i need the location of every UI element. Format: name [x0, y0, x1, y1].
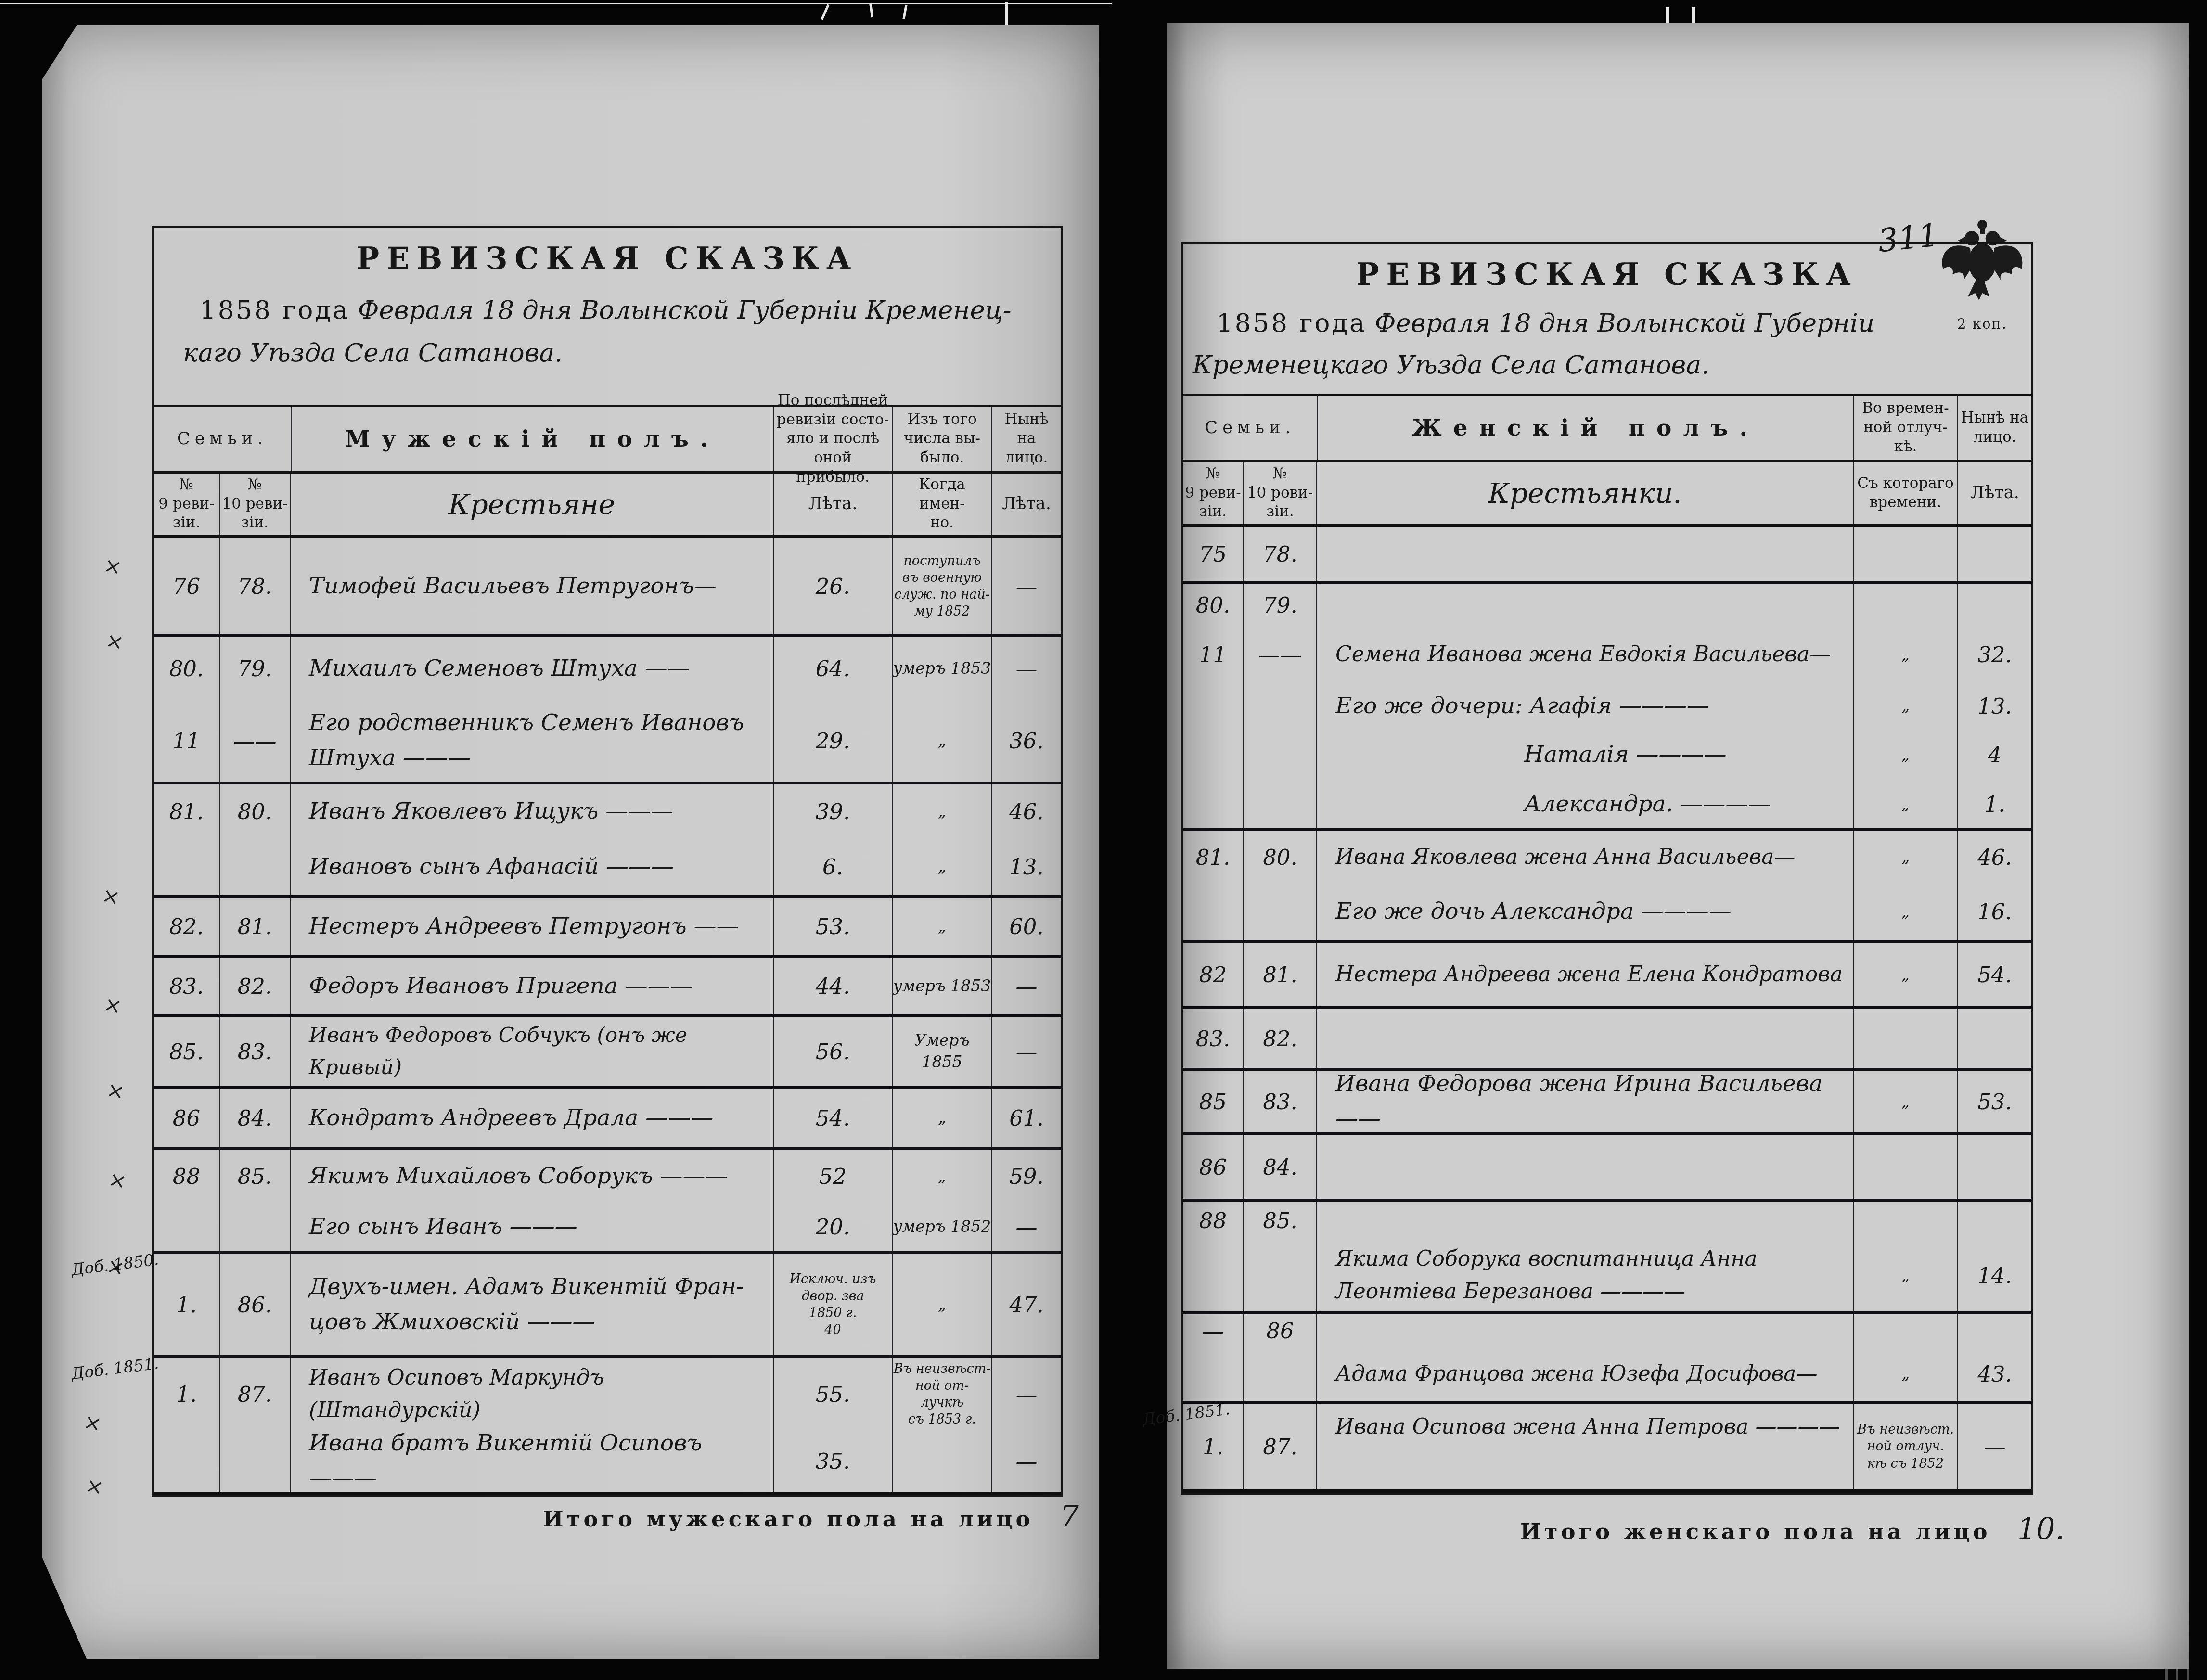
cell-age-now: — [992, 637, 1061, 700]
cell-age-now [1958, 1314, 2031, 1347]
cell-age-now: — [992, 538, 1061, 634]
margin-cross-icon: × [104, 1077, 127, 1105]
cell-rev9: 88 [1183, 1202, 1244, 1239]
cell-name: Ивана Яковлева жена Анна Васильева— [1317, 831, 1854, 883]
cell-age-now: 14. [1958, 1239, 2031, 1311]
total-label: Итого мужескаго пола на лицо [543, 1506, 1034, 1532]
census-row: 11 —— Семена Иванова жена Евдокія Василь… [1183, 626, 2031, 683]
right-page: 311 2 коп. РЕВИЗСКАЯ СКАЗКА 1858 год [1167, 23, 2189, 1669]
cell-rev9 [1183, 683, 1244, 729]
cell-name: Наталія ———— [1317, 729, 1854, 780]
header-place: Февраля 18 дня Волынской Губерніи Кремен… [358, 295, 1012, 325]
cell-since: „ [1854, 1347, 1958, 1401]
cell-age-now: 4 [1958, 729, 2031, 780]
census-row: Доб. 1851. 1. 87. Иванъ Осиповъ Маркундъ… [154, 1358, 1061, 1430]
census-row: 82 81. Нестера Андреева жена Елена Кондр… [1183, 943, 2031, 1009]
cell-age-last: 20. [774, 1202, 893, 1251]
census-row: Александра. ———— „ 1. [1183, 780, 2031, 831]
cell-age-last: Исключ. изъ двор. зва 1850 г. 40 [774, 1254, 893, 1355]
torn-corner [42, 25, 77, 79]
cell-rev10: 79. [1244, 584, 1317, 626]
col-leta2: Лѣта. [992, 474, 1061, 535]
cell-rev9 [1183, 883, 1244, 940]
page-total: Итого мужескаго пола на лицо 7 [543, 1499, 1079, 1534]
cell-since: „ [1854, 626, 1958, 683]
cell-rev9: 86 [154, 1089, 220, 1147]
cell-age-last: 53. [774, 898, 893, 955]
census-row: Доб. 1850. 1. 86. Двухъ-имен. Адамъ Вике… [154, 1254, 1061, 1358]
census-row: 86 84. Кондратъ Андреевъ Драла ——— 54. „… [154, 1089, 1061, 1150]
col-since: Съ котораго времени. [1854, 462, 1958, 524]
cell-when [893, 1430, 992, 1492]
cell-rev9: 81. [1183, 831, 1244, 883]
cell-age-last: 56. [774, 1017, 893, 1086]
total-value: 10. [2017, 1511, 2065, 1546]
cell-name [1317, 1135, 1854, 1199]
cell-name: Его же дочь Александра ———— [1317, 883, 1854, 940]
census-row: 81. 80. Иванъ Яковлевъ Ищукъ ——— 39. „ 4… [154, 784, 1061, 838]
cell-name: Кондратъ Андреевъ Драла ——— [291, 1089, 774, 1147]
col-peasants: Крестьяне [291, 474, 774, 535]
cell-rev10 [1244, 1239, 1317, 1311]
col-rev9: № 9 реви- зіи. [154, 474, 220, 535]
cell-rev9-value: 1. [1203, 1434, 1223, 1460]
cell-since: „ [1854, 1071, 1958, 1132]
cell-name: Нестера Андреева жена Елена Кондратова [1317, 943, 1854, 1006]
header-date-line: 1858 года Февраля 18 дня Волынской Губер… [200, 295, 1061, 325]
cell-since: „ [1854, 943, 1958, 1006]
census-row: Ивановъ сынъ Афанасій ——— 6. „ 13. [154, 838, 1061, 898]
census-row: Его же дочь Александра ———— „ 16. [1183, 883, 2031, 943]
header-place-line2: Кременецкаго Уѣзда Села Сатанова. [1193, 350, 2031, 380]
col-male-sex: Мужескій полъ. [292, 407, 774, 471]
page-total: Итого женскаго пола на лицо 10. [1520, 1511, 2065, 1546]
col-absent: Во времен- ной отлуч- кѣ. [1854, 396, 1958, 460]
cell-name: Федоръ Ивановъ Пригепа ——— [291, 958, 774, 1014]
cell-name: Ивана братъ Викентій Осиповъ ——— [291, 1430, 774, 1492]
cell-rev9: 85 [1183, 1071, 1244, 1132]
header-date: 1858 года [200, 295, 350, 325]
census-row: 81. 80. Ивана Яковлева жена Анна Василье… [1183, 831, 2031, 883]
cell-age-now: — [992, 1358, 1061, 1430]
cell-name: Нестеръ Андреевъ Петругонъ —— [291, 898, 774, 955]
col-departed: Изъ того числа вы- было. [893, 407, 992, 471]
cell-rev9: 80. [1183, 584, 1244, 626]
cell-age-now [1958, 527, 2031, 581]
cell-since: „ [1854, 831, 1958, 883]
cell-since [1854, 527, 1958, 581]
cell-rev10: 84. [1244, 1135, 1317, 1199]
printed-form-frame: РЕВИЗСКАЯ СКАЗКА 1858 года Февраля 18 дн… [1181, 242, 2033, 1495]
cell-rev9: 81. [154, 784, 220, 838]
total-value: 7 [1060, 1499, 1079, 1534]
cell-rev10: 81. [220, 898, 291, 955]
page-title: РЕВИЗСКАЯ СКАЗКА [154, 228, 1061, 276]
cell-rev10 [1244, 780, 1317, 828]
cell-age-last: 6. [774, 838, 893, 895]
cell-rev9: 11 [154, 700, 220, 782]
cell-rev10: 79. [220, 637, 291, 700]
header-place-line2: каго Уѣзда Села Сатанова. [183, 338, 1061, 368]
cell-since [1854, 1009, 1958, 1068]
census-row: Наталія ———— „ 4 [1183, 729, 2031, 780]
cell-rev10: 78. [220, 538, 291, 634]
cell-rev9: — [1183, 1314, 1244, 1347]
cell-rev9: 85. [154, 1017, 220, 1086]
cell-name: Александра. ———— [1317, 780, 1854, 828]
cell-when: Умеръ 1855 [893, 1017, 992, 1086]
cell-age-last: 26. [774, 538, 893, 634]
cell-rev9: 11 [1183, 626, 1244, 683]
col-family: Семьи. [1183, 396, 1318, 460]
col-when: Когда имен- но. [893, 474, 992, 535]
cell-rev10: 84. [220, 1089, 291, 1147]
scan-top-hairline [0, 3, 1112, 4]
scan-artifact [902, 5, 907, 19]
header-place: Февраля 18 дня Волынской Губерніи [1375, 308, 1875, 338]
cell-rev9 [1183, 1347, 1244, 1401]
cell-rev10: 85. [220, 1150, 291, 1202]
cell-since: „ [1854, 780, 1958, 828]
cell-name: Семена Иванова жена Евдокія Васильева— [1317, 626, 1854, 683]
cell-name: Его же дочери: Агафія ———— [1317, 683, 1854, 729]
cell-name [1317, 584, 1854, 626]
cell-rev9-value: 1. [176, 1292, 197, 1318]
cell-rev9: Доб. 1850. 1. [154, 1254, 220, 1355]
cell-age-last: 64. [774, 637, 893, 700]
column-subheader-row: № 9 реви- зіи. № 10 реви- зіи. Крестьяне… [154, 474, 1061, 538]
cell-when: „ [893, 784, 992, 838]
census-row: 88 85. [1183, 1202, 2031, 1239]
cell-age-now: — [992, 958, 1061, 1014]
cell-rev10: —— [1244, 626, 1317, 683]
cell-since: Въ неизвѣст. ной отлуч. кѣ съ 1852 [1854, 1404, 1958, 1489]
cell-name: Иванъ Федоровъ Собчукъ (онъ же Кривый) [291, 1017, 774, 1086]
cell-age-now: — [992, 1202, 1061, 1251]
cell-when: умеръ 1853 [893, 958, 992, 1014]
cell-rev10: —— [220, 700, 291, 782]
cell-name: Ивана Федорова жена Ирина Васильева —— [1317, 1071, 1854, 1132]
scan-artifact [1005, 2, 1008, 27]
cell-rev9 [154, 1430, 220, 1492]
census-row: Доб. 1851. 1. 87. Ивана Осипова жена Анн… [1183, 1404, 2031, 1493]
col-now-present: Нынѣ на лицо. [1958, 396, 2031, 460]
cell-when: „ [893, 1150, 992, 1202]
margin-cross-icon: × [102, 553, 124, 581]
cell-when: „ [893, 838, 992, 895]
cell-age-now: 53. [1958, 1071, 2031, 1132]
cell-when: поступилъ въ военную служ. по най- му 18… [893, 538, 992, 634]
cell-rev9 [1183, 780, 1244, 828]
left-page: × × × × × × × × × РЕВИЗСКАЯ СКАЗКА 1858 … [42, 25, 1099, 1659]
cell-age-now: 43. [1958, 1347, 2031, 1401]
cell-rev10: 82. [220, 958, 291, 1014]
cell-age-now: 54. [1958, 943, 2031, 1006]
cell-name: Тимофей Васильевъ Петругонъ— [291, 538, 774, 634]
cell-rev10 [1244, 1347, 1317, 1401]
cell-since [1854, 1202, 1958, 1239]
cell-rev9 [1183, 1239, 1244, 1311]
cell-age-last: 44. [774, 958, 893, 1014]
census-row: — 86 [1183, 1314, 2031, 1347]
margin-cross-icon: × [106, 1167, 129, 1195]
col-family: Семьи. [154, 407, 292, 471]
margin-cross-icon: × [102, 992, 124, 1020]
cell-since [1854, 1135, 1958, 1199]
cell-rev10: 81. [1244, 943, 1317, 1006]
margin-cross-icon: × [103, 628, 126, 656]
cell-age-now [1958, 584, 2031, 626]
cell-since: „ [1854, 883, 1958, 940]
cell-rev9: 88 [154, 1150, 220, 1202]
cell-rev10 [1244, 883, 1317, 940]
cell-age-now: 13. [992, 838, 1061, 895]
margin-cross-icon: × [100, 883, 122, 911]
col-last-revision: По послѣдней ревизіи состо- яло и послѣ … [774, 407, 893, 471]
cell-rev9 [154, 838, 220, 895]
cell-when: „ [893, 1254, 992, 1355]
cell-name: Его родственникъ Семенъ Ивановъ Штуха ——… [291, 700, 774, 782]
cell-rev10 [1244, 683, 1317, 729]
census-row: 86 84. [1183, 1135, 2031, 1202]
margin-addition-note: Доб. 1851. [70, 1354, 160, 1383]
census-row: 85 83. Ивана Федорова жена Ирина Василье… [1183, 1071, 2031, 1135]
census-row: 85. 83. Иванъ Федоровъ Собчукъ (онъ же К… [154, 1017, 1061, 1089]
col-rev10: № 10 рови- зіи. [1244, 462, 1317, 524]
cell-age-now [1958, 1009, 2031, 1068]
form-header: РЕВИЗСКАЯ СКАЗКА 1858 года Февраля 18 дн… [154, 228, 1061, 405]
col-peasant-women: Крестьянки. [1317, 462, 1854, 524]
cell-rev10: 86 [1244, 1314, 1317, 1347]
scan-artifact [869, 3, 873, 17]
cell-rev10 [220, 1430, 291, 1492]
cell-when: „ [893, 1089, 992, 1147]
margin-addition-note: Доб. 1851. [1142, 1399, 1231, 1429]
cell-name: Иванъ Яковлевъ Ищукъ ——— [291, 784, 774, 838]
cell-age-now: 60. [992, 898, 1061, 955]
cell-rev9: 75 [1183, 527, 1244, 581]
cell-age-now: — [992, 1430, 1061, 1492]
cell-name: Ивана Осипова жена Анна Петрова ———— [1317, 1404, 1854, 1489]
census-row: 83. 82. Федоръ Ивановъ Пригепа ——— 44. у… [154, 958, 1061, 1017]
cell-age-now: 1. [1958, 780, 2031, 828]
cell-rev9: 83. [1183, 1009, 1244, 1068]
cell-rev10: 87. [1244, 1404, 1317, 1489]
census-row: Его же дочери: Агафія ———— „ 13. [1183, 683, 2031, 729]
census-row: 75 78. [1183, 527, 2031, 584]
cell-since: „ [1854, 683, 1958, 729]
cell-age-now: 61. [992, 1089, 1061, 1147]
printed-form-frame: РЕВИЗСКАЯ СКАЗКА 1858 года Февраля 18 дн… [152, 226, 1063, 1497]
cell-name: Якимъ Михайловъ Соборукъ ——— [291, 1150, 774, 1202]
census-row: 80. 79. [1183, 584, 2031, 626]
cell-when: „ [893, 700, 992, 782]
header-date: 1858 года [1217, 308, 1367, 338]
census-row: Якима Соборука воспитанница Анна Леонтіе… [1183, 1239, 2031, 1314]
scan-artifact [821, 4, 829, 20]
cell-rev9 [1183, 729, 1244, 780]
cell-name: Его сынъ Иванъ ——— [291, 1202, 774, 1251]
cell-since [1854, 1314, 1958, 1347]
cell-since: „ [1854, 729, 1958, 780]
cell-rev10: 83. [1244, 1071, 1317, 1132]
margin-cross-icon: × [83, 1473, 106, 1501]
census-row: 88 85. Якимъ Михайловъ Соборукъ ——— 52 „… [154, 1150, 1061, 1202]
cell-rev10: 85. [1244, 1202, 1317, 1239]
col-rev10: № 10 реви- зіи. [220, 474, 291, 535]
col-now-present: Нынѣ на лицо. [992, 407, 1061, 471]
cell-name: Михаилъ Семеновъ Штуха —— [291, 637, 774, 700]
census-row: 76 78. Тимофей Васильевъ Петругонъ— 26. … [154, 538, 1061, 637]
cell-rev9-value: 1. [176, 1382, 197, 1407]
cell-rev9: 82. [154, 898, 220, 955]
cell-age-now: 46. [1958, 831, 2031, 883]
cell-age-now: 32. [1958, 626, 2031, 683]
cell-name [1317, 1202, 1854, 1239]
cell-since: „ [1854, 1239, 1958, 1311]
header-date-line: 1858 года Февраля 18 дня Волынской Губер… [1217, 308, 2031, 338]
form-header: РЕВИЗСКАЯ СКАЗКА 1858 года Февраля 18 дн… [1183, 244, 2031, 394]
cell-when: умеръ 1853 [893, 637, 992, 700]
cell-age-last: 29. [774, 700, 893, 782]
cell-rev9: 80. [154, 637, 220, 700]
cell-age-last: 54. [774, 1089, 893, 1147]
cell-when: „ [893, 898, 992, 955]
cell-rev10: 80. [220, 784, 291, 838]
cell-name: Ивановъ сынъ Афанасій ——— [291, 838, 774, 895]
col-female-sex: Женскій полъ. [1318, 396, 1854, 460]
cell-when: умеръ 1852 [893, 1202, 992, 1251]
cell-age-now: 16. [1958, 883, 2031, 940]
census-row: Его сынъ Иванъ ——— 20. умеръ 1852 — [154, 1202, 1061, 1254]
cell-name: Иванъ Осиповъ Маркундъ (Штандурскій) [291, 1358, 774, 1430]
cell-name [1317, 527, 1854, 581]
cell-rev10: 80. [1244, 831, 1317, 883]
cell-age-last: 39. [774, 784, 893, 838]
column-subheader-row: № 9 реви- зіи. № 10 рови- зіи. Крестьянк… [1183, 462, 2031, 527]
cell-age-now [1958, 1202, 2031, 1239]
census-row: 80. 79. Михаилъ Семеновъ Штуха —— 64. ум… [154, 637, 1061, 700]
cell-age-last: 52 [774, 1150, 893, 1202]
cell-rev9: 83. [154, 958, 220, 1014]
cell-rev10 [220, 1202, 291, 1251]
cell-age-now: 47. [992, 1254, 1061, 1355]
col-rev9: № 9 реви- зіи. [1183, 462, 1244, 524]
cell-age-now: 13. [1958, 683, 2031, 729]
cell-rev10: 82. [1244, 1009, 1317, 1068]
cell-age-now: 36. [992, 700, 1061, 782]
census-row: 82. 81. Нестеръ Андреевъ Петругонъ —— 53… [154, 898, 1061, 958]
col-leta1: Лѣта. [774, 474, 893, 535]
cell-rev9: Доб. 1851. 1. [1183, 1404, 1244, 1489]
margin-cross-icon: × [81, 1410, 104, 1437]
cell-name: Якима Соборука воспитанница Анна Леонтіе… [1317, 1239, 1854, 1311]
cell-age-now [1958, 1135, 2031, 1199]
column-header-row: Семьи. Мужескій полъ. По послѣдней ревиз… [154, 405, 1061, 474]
col-leta: Лѣта. [1958, 462, 2031, 524]
cell-age-now: 59. [992, 1150, 1061, 1202]
column-header-row: Семьи. Женскій полъ. Во времен- ной отлу… [1183, 394, 2031, 462]
cell-age-last: 55. [774, 1358, 893, 1430]
cell-rev9: 82 [1183, 943, 1244, 1006]
cell-age-last: 35. [774, 1430, 893, 1492]
cell-rev10: 86. [220, 1254, 291, 1355]
cell-when: Въ неизвѣст- ной от- лучкѣ съ 1853 г. [893, 1358, 992, 1430]
cell-age-now: — [1958, 1404, 2031, 1489]
cell-age-now: 46. [992, 784, 1061, 838]
census-row: 11 —— Его родственникъ Семенъ Ивановъ Шт… [154, 700, 1061, 784]
cell-rev10: 87. [220, 1358, 291, 1430]
cell-rev9: 76 [154, 538, 220, 634]
cell-age-now: — [992, 1017, 1061, 1086]
cell-name [1317, 1009, 1854, 1068]
page-title: РЕВИЗСКАЯ СКАЗКА [1183, 244, 2031, 292]
page-shadow [42, 1558, 87, 1659]
cell-rev9: Доб. 1851. 1. [154, 1358, 220, 1430]
total-label: Итого женскаго пола на лицо [1520, 1519, 1991, 1544]
cell-name [1317, 1314, 1854, 1347]
cell-since [1854, 584, 1958, 626]
cell-name: Адама Францова жена Юзефа Досифова— [1317, 1347, 1854, 1401]
cell-rev9 [154, 1202, 220, 1251]
census-row: Адама Францова жена Юзефа Досифова— „ 43… [1183, 1347, 2031, 1404]
cell-rev10: 78. [1244, 527, 1317, 581]
census-row: 83. 82. [1183, 1009, 2031, 1071]
census-row: Ивана братъ Викентій Осиповъ ——— 35. — [154, 1430, 1061, 1495]
cell-name: Двухъ-имен. Адамъ Викентій Фран- цовъ Жм… [291, 1254, 774, 1355]
cell-rev10 [1244, 729, 1317, 780]
cell-rev10 [220, 838, 291, 895]
cell-rev9: 86 [1183, 1135, 1244, 1199]
cell-rev10: 83. [220, 1017, 291, 1086]
